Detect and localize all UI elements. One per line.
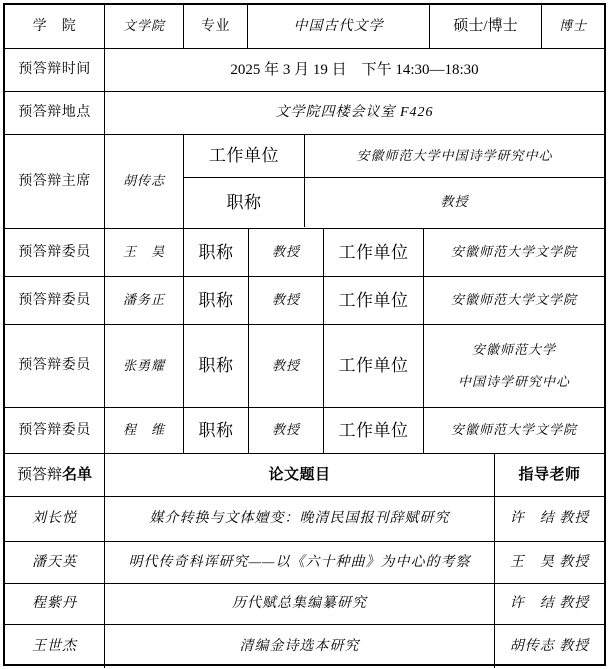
student-name: 王世杰 [5, 625, 105, 668]
thesis-title: 媒介转换与文体嬗变：晚清民国报刊辞赋研究 [105, 497, 495, 541]
roster-label-bold: 名单 [62, 466, 92, 485]
committee-title-value: 教授 [249, 325, 324, 407]
roster-label: 预答辩名单 [5, 454, 105, 496]
committee-title-label: 职称 [184, 325, 249, 407]
header-row: 学 院 文学院 专业 中国古代文学 硕士/博士 博士 [5, 5, 604, 49]
advisor-name: 许 结 教授 [495, 497, 604, 541]
committee-member-name: 潘务正 [105, 277, 184, 324]
committee-unit-value-line1: 安徽师范大学 [472, 342, 556, 358]
document-page: 学 院 文学院 专业 中国古代文学 硕士/博士 博士 预答辩时间 2025 年 … [0, 0, 609, 669]
major-label: 专业 [184, 5, 248, 48]
advisor-column-header: 指导老师 [495, 454, 604, 496]
committee-member-name: 王 昊 [105, 229, 184, 276]
roster-row: 程紫丹 历代赋总集编纂研究 许 结 教授 [5, 584, 604, 625]
committee-label: 预答辩委员 [5, 277, 105, 324]
committee-unit-value: 安徽师范大学 中国诗学研究中心 [424, 325, 604, 407]
chair-title-value: 教授 [305, 178, 604, 227]
major-value: 中国古代文学 [248, 5, 430, 48]
committee-row: 预答辩委员 潘务正 职称 教授 工作单位 安徽师范大学文学院 [5, 277, 604, 325]
student-name: 刘长悦 [5, 497, 105, 541]
committee-row: 预答辩委员 王 昊 职称 教授 工作单位 安徽师范大学文学院 [5, 229, 604, 277]
time-value: 2025 年 3 月 19 日 下午 14:30—18:30 [105, 49, 604, 91]
chair-row: 预答辩主席 胡传志 工作单位 安徽师范大学中国诗学研究中心 职称 教授 [5, 135, 604, 229]
roster-row: 潘天英 明代传奇科诨研究——以《六十种曲》为中心的考察 王 昊 教授 [5, 542, 604, 584]
roster-row: 刘长悦 媒介转换与文体嬗变：晚清民国报刊辞赋研究 许 结 教授 [5, 497, 604, 542]
committee-unit-label: 工作单位 [324, 408, 424, 453]
student-name: 程紫丹 [5, 584, 105, 624]
venue-value: 文学院四楼会议室 F426 [105, 92, 604, 134]
committee-title-label: 职称 [184, 277, 249, 324]
thesis-title: 明代传奇科诨研究——以《六十种曲》为中心的考察 [105, 542, 495, 583]
roster-row: 王世杰 清编金诗选本研究 胡传志 教授 [5, 625, 604, 668]
committee-unit-label: 工作单位 [324, 277, 424, 324]
college-value: 文学院 [105, 5, 184, 48]
committee-member-name: 程 维 [105, 408, 184, 453]
roster-label-prefix: 预答辩 [17, 466, 62, 485]
time-row: 预答辩时间 2025 年 3 月 19 日 下午 14:30—18:30 [5, 49, 604, 92]
committee-member-name: 张勇耀 [105, 325, 184, 407]
chair-name: 胡传志 [105, 135, 184, 228]
thesis-title: 历代赋总集编纂研究 [105, 584, 495, 624]
chair-label: 预答辩主席 [5, 135, 105, 228]
student-name: 潘天英 [5, 542, 105, 583]
advisor-name: 胡传志 教授 [495, 625, 604, 668]
committee-unit-label: 工作单位 [324, 229, 424, 276]
committee-label: 预答辩委员 [5, 408, 105, 453]
college-label: 学 院 [5, 5, 105, 48]
time-label: 预答辩时间 [5, 49, 105, 91]
committee-row: 预答辩委员 张勇耀 职称 教授 工作单位 安徽师范大学 中国诗学研究中心 [5, 325, 604, 408]
advisor-name: 许 结 教授 [495, 584, 604, 624]
committee-title-value: 教授 [249, 229, 324, 276]
chair-unit-value: 安徽师范大学中国诗学研究中心 [305, 135, 604, 177]
chair-title-subrow: 职称 教授 [184, 178, 604, 227]
venue-row: 预答辩地点 文学院四楼会议室 F426 [5, 92, 604, 135]
committee-unit-value: 安徽师范大学文学院 [424, 277, 604, 324]
venue-label: 预答辩地点 [5, 92, 105, 134]
committee-title-value: 教授 [249, 277, 324, 324]
committee-unit-value-line2: 中国诗学研究中心 [458, 374, 570, 390]
chair-unit-subrow: 工作单位 安徽师范大学中国诗学研究中心 [184, 135, 604, 178]
committee-unit-label: 工作单位 [324, 325, 424, 407]
committee-label: 预答辩委员 [5, 229, 105, 276]
chair-unit-label: 工作单位 [184, 135, 305, 177]
pre-defense-table: 学 院 文学院 专业 中国古代文学 硕士/博士 博士 预答辩时间 2025 年 … [3, 3, 606, 666]
thesis-column-header: 论文题目 [105, 454, 495, 496]
degree-value: 博士 [542, 5, 604, 48]
committee-title-value: 教授 [249, 408, 324, 453]
committee-row: 预答辩委员 程 维 职称 教授 工作单位 安徽师范大学文学院 [5, 408, 604, 454]
advisor-name: 王 昊 教授 [495, 542, 604, 583]
committee-unit-value: 安徽师范大学文学院 [424, 408, 604, 453]
committee-unit-value: 安徽师范大学文学院 [424, 229, 604, 276]
degree-label: 硕士/博士 [430, 5, 542, 48]
thesis-title: 清编金诗选本研究 [105, 625, 495, 668]
chair-details: 工作单位 安徽师范大学中国诗学研究中心 职称 教授 [184, 135, 604, 228]
committee-title-label: 职称 [184, 229, 249, 276]
committee-label: 预答辩委员 [5, 325, 105, 407]
committee-title-label: 职称 [184, 408, 249, 453]
roster-header-row: 预答辩名单 论文题目 指导老师 [5, 454, 604, 497]
chair-title-label: 职称 [184, 178, 305, 227]
